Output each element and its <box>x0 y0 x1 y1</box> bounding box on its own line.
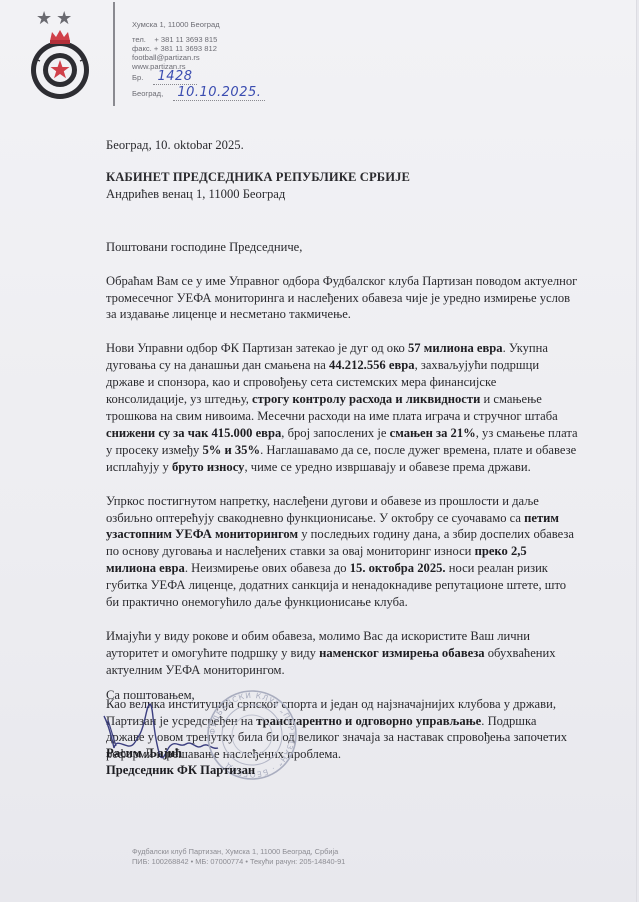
reference-label: Бр. <box>132 73 143 82</box>
salutation: Поштовани господине Председниче, <box>106 239 578 256</box>
reference-number-row: Бр. 1428 <box>132 72 197 82</box>
signer-name: Расим Љајић <box>106 745 255 762</box>
phone-number: + 381 11 3693 815 <box>154 35 217 44</box>
emphasis-text: 44.212.556 евра <box>329 358 415 372</box>
paragraph-text: . Неизмирење ових обавеза до <box>185 561 350 575</box>
emphasis-text: смањен за 21% <box>390 426 476 440</box>
fax-number: + 381 11 3693 812 <box>154 44 217 53</box>
paragraph-text: , чиме се уредно извршавају и обавезе пр… <box>244 460 530 474</box>
recipient-address: Андрићев венац 1, 11000 Београд <box>106 186 578 203</box>
letter-paragraph: Имајући у виду рокове и обим обавеза, мо… <box>106 628 578 679</box>
recipient-title: КАБИНЕТ ПРЕДСЕДНИКА РЕПУБЛИКЕ СРБИЈЕ <box>106 169 578 186</box>
partizan-crest-icon <box>28 26 92 100</box>
date-label: Београд, <box>132 89 163 98</box>
club-address: Хумска 1, 11000 Београд <box>132 20 220 29</box>
paragraph-text: Упркос постигнутом напретку, наслеђени д… <box>106 494 539 525</box>
paragraph-text: Нови Управни одбор ФК Партизан затекао ј… <box>106 341 408 355</box>
letter-paragraph: Нови Управни одбор ФК Партизан затекао ј… <box>106 340 578 475</box>
letter-page: ★★ Хумска 1, 11000 Београд тел. + 381 11… <box>0 0 637 902</box>
letter-paragraph: Обраћам Вам се у име Управног одбора Фуд… <box>106 273 578 324</box>
footer: Фудбалски клуб Партизан, Хумска 1, 11000… <box>132 847 345 867</box>
footer-registration: ПИБ: 100268842 • МБ: 07000774 • Текући р… <box>132 857 345 867</box>
footer-address: Фудбалски клуб Партизан, Хумска 1, 11000… <box>132 847 345 857</box>
fax-label: факс. <box>132 44 152 53</box>
letterhead-date-row: Београд, 10.10.2025. <box>132 88 265 98</box>
letter-date: Београд, 10. oktobar 2025. <box>106 137 578 154</box>
emphasis-text: строгу контролу расхода и ликвидности <box>252 392 480 406</box>
letterhead-divider <box>113 2 115 106</box>
emphasis-text: 15. октобра 2025. <box>350 561 446 575</box>
signer-title: Председник ФК Партизан <box>106 762 255 779</box>
phone-label: тел. <box>132 35 146 44</box>
emphasis-text: 5% и 35% <box>202 443 260 457</box>
emphasis-text: бруто износу <box>172 460 245 474</box>
signer-block: Расим Љајић Председник ФК Партизан <box>106 745 255 778</box>
email: football@partizan.rs <box>132 53 217 62</box>
contact-block: тел. + 381 11 3693 815 факс. + 381 11 36… <box>132 35 217 71</box>
emphasis-text: снижени су за чак 415.000 евра <box>106 426 281 440</box>
date-handwritten: 10.10.2025. <box>173 85 265 101</box>
reference-number-handwritten: 1428 <box>153 69 196 85</box>
emphasis-text: 57 милиона евра <box>408 341 503 355</box>
letter-paragraph: Упркос постигнутом напретку, наслеђени д… <box>106 493 578 611</box>
paragraph-text: , број запослених је <box>281 426 389 440</box>
paragraph-text: Обраћам Вам се у име Управног одбора Фуд… <box>106 274 577 322</box>
letter-body: Београд, 10. oktobar 2025. КАБИНЕТ ПРЕДС… <box>106 137 578 780</box>
emphasis-text: наменског измирења обавеза <box>319 646 485 660</box>
